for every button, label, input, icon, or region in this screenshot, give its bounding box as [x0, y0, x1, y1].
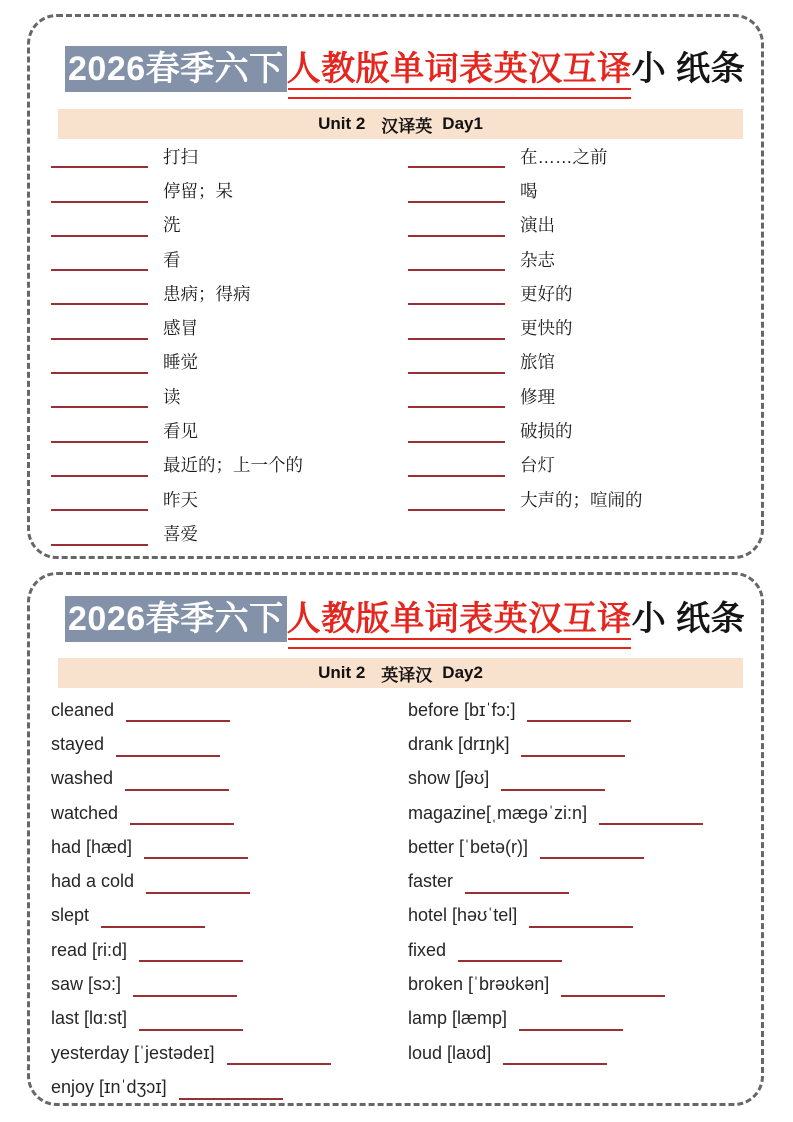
english-term: lamp [læmp]	[408, 1008, 507, 1029]
vocab-column-left: cleanedstayedwashedwatchedhad [hæd]had a…	[51, 693, 408, 1105]
english-term: loud [laʊd]	[408, 1043, 491, 1064]
english-term: slept	[51, 905, 89, 926]
answer-blank-line	[408, 303, 505, 305]
answer-blank-line	[408, 235, 505, 237]
vocab-row: saw [sɔ:]	[51, 967, 408, 1001]
vocab-row: cleaned	[51, 693, 408, 727]
vocab-row: 读	[51, 379, 408, 413]
english-term: hotel [həʊˈtel]	[408, 905, 517, 926]
answer-blank-line	[458, 960, 562, 962]
translation-mode-label: 汉译英	[381, 112, 432, 137]
vocab-list-day2: cleanedstayedwashedwatchedhad [hæd]had a…	[51, 693, 749, 1105]
vocab-row: had [hæd]	[51, 830, 408, 864]
vocab-row: 看	[51, 242, 408, 276]
english-term: stayed	[51, 734, 104, 755]
answer-blank-line	[125, 789, 229, 791]
vocab-row: fixed	[408, 933, 749, 967]
unit-label: Unit 2	[318, 114, 365, 134]
answer-blank-line	[408, 372, 505, 374]
english-term: last [lɑ:st]	[51, 1008, 127, 1029]
chinese-term: 台灯	[520, 452, 555, 477]
answer-blank-line	[521, 755, 625, 757]
chinese-term: 睡觉	[163, 349, 198, 374]
english-term: before [bɪˈfɔ:]	[408, 700, 515, 721]
worksheet-title: 2026春季六下人教版单词表英汉互译小 纸条	[65, 596, 751, 642]
answer-blank-line	[540, 857, 644, 859]
vocab-row: 停留；呆	[51, 173, 408, 207]
vocab-row: 患病；得病	[51, 276, 408, 310]
title-suffix: 小 纸条	[632, 50, 745, 88]
english-term: better [ˈbetə(r)]	[408, 837, 528, 858]
answer-blank-line	[519, 1029, 623, 1031]
day-label: Day2	[442, 663, 483, 683]
answer-blank-line	[51, 544, 148, 546]
answer-blank-line	[465, 892, 569, 894]
chinese-term: 感冒	[163, 315, 198, 340]
vocab-row: 在……之前	[408, 139, 749, 173]
chinese-term: 患病；得病	[163, 281, 251, 306]
chinese-term: 停留；呆	[163, 178, 233, 203]
english-term: had [hæd]	[51, 837, 132, 858]
vocab-column-right: 在……之前喝演出杂志更好的更快的旅馆修理破损的台灯大声的；喧闹的	[408, 139, 749, 551]
answer-blank-line	[51, 406, 148, 408]
answer-blank-line	[146, 892, 250, 894]
answer-blank-line	[51, 441, 148, 443]
chinese-term: 最近的；上一个的	[163, 452, 303, 477]
vocab-row: loud [laʊd]	[408, 1036, 749, 1070]
translation-mode-label: 英译汉	[381, 661, 432, 686]
answer-blank-line	[51, 475, 148, 477]
answer-blank-line	[527, 720, 631, 722]
answer-blank-line	[126, 720, 230, 722]
answer-blank-line	[408, 509, 505, 511]
english-term: yesterday [ˈjestədeɪ]	[51, 1043, 215, 1064]
chinese-term: 杂志	[520, 247, 555, 272]
english-term: cleaned	[51, 700, 114, 721]
answer-blank-line	[408, 406, 505, 408]
answer-blank-line	[139, 960, 243, 962]
chinese-term: 喜爱	[163, 521, 198, 546]
vocab-row: 洗	[51, 208, 408, 242]
unit-label: Unit 2	[318, 663, 365, 683]
chinese-term: 演出	[520, 212, 555, 237]
chinese-term: 修理	[520, 384, 555, 409]
english-term: washed	[51, 768, 113, 789]
chinese-term: 读	[163, 384, 181, 409]
vocab-row: 看见	[51, 413, 408, 447]
english-term: had a cold	[51, 871, 134, 892]
chinese-term: 喝	[520, 178, 538, 203]
vocab-row: 修理	[408, 379, 749, 413]
unit-bar-day2: Unit 2 英译汉 Day2	[58, 658, 743, 688]
english-term: enjoy [ɪnˈdʒɔɪ]	[51, 1077, 167, 1098]
answer-blank-line	[139, 1029, 243, 1031]
title-prefix: 2026春季六下	[65, 596, 287, 642]
vocab-row: enjoy [ɪnˈdʒɔɪ]	[51, 1070, 408, 1104]
answer-blank-line	[408, 269, 505, 271]
card-day2: 2026春季六下人教版单词表英汉互译小 纸条 Unit 2 英译汉 Day2 c…	[27, 572, 764, 1106]
answer-blank-line	[503, 1063, 607, 1065]
vocab-row: 打扫	[51, 139, 408, 173]
vocab-row: 破损的	[408, 413, 749, 447]
vocab-row: 喜爱	[51, 516, 408, 550]
english-term: faster	[408, 871, 453, 892]
day-label: Day1	[442, 114, 483, 134]
answer-blank-line	[116, 755, 220, 757]
answer-blank-line	[51, 235, 148, 237]
vocab-row: had a cold	[51, 864, 408, 898]
worksheet-title: 2026春季六下人教版单词表英汉互译小 纸条	[65, 46, 751, 92]
english-term: fixed	[408, 940, 446, 961]
answer-blank-line	[144, 857, 248, 859]
chinese-term: 在……之前	[520, 144, 608, 169]
answer-blank-line	[51, 269, 148, 271]
vocab-row: 大声的；喧闹的	[408, 482, 749, 516]
chinese-term: 看	[163, 247, 181, 272]
answer-blank-line	[51, 303, 148, 305]
vocab-row: lamp [læmp]	[408, 1002, 749, 1036]
vocab-row: 昨天	[51, 482, 408, 516]
vocab-row: yesterday [ˈjestədeɪ]	[51, 1036, 408, 1070]
answer-blank-line	[561, 995, 665, 997]
vocab-row: 喝	[408, 173, 749, 207]
answer-blank-line	[227, 1063, 331, 1065]
vocab-column-right: before [bɪˈfɔ:]drank [drɪŋk]show [ʃəʊ]ma…	[408, 693, 749, 1105]
title-suffix: 小 纸条	[632, 600, 745, 638]
answer-blank-line	[51, 166, 148, 168]
vocab-row: 杂志	[408, 242, 749, 276]
vocab-row: slept	[51, 899, 408, 933]
english-term: show [ʃəʊ]	[408, 768, 489, 789]
chinese-term: 打扫	[163, 144, 198, 169]
vocab-row: before [bɪˈfɔ:]	[408, 693, 749, 727]
chinese-term: 洗	[163, 212, 181, 237]
english-term: watched	[51, 803, 118, 824]
vocab-row: show [ʃəʊ]	[408, 762, 749, 796]
answer-blank-line	[501, 789, 605, 791]
vocab-row: 更好的	[408, 276, 749, 310]
answer-blank-line	[408, 201, 505, 203]
chinese-term: 更好的	[520, 281, 573, 306]
chinese-term: 旅馆	[520, 349, 555, 374]
vocab-row: read [ri:d]	[51, 933, 408, 967]
vocab-row: 旅馆	[408, 345, 749, 379]
english-term: magazine[ˌmægəˈzi:n]	[408, 803, 587, 824]
vocab-row: watched	[51, 796, 408, 830]
vocab-row: 最近的；上一个的	[51, 448, 408, 482]
card-day1: 2026春季六下人教版单词表英汉互译小 纸条 Unit 2 汉译英 Day1 打…	[27, 14, 764, 559]
english-term: broken [ˈbrəʊkən]	[408, 974, 549, 995]
vocab-row: 睡觉	[51, 345, 408, 379]
answer-blank-line	[101, 926, 205, 928]
vocab-row: hotel [həʊˈtel]	[408, 899, 749, 933]
vocab-row: last [lɑ:st]	[51, 1002, 408, 1036]
english-term: saw [sɔ:]	[51, 974, 121, 995]
answer-blank-line	[408, 338, 505, 340]
vocab-row: broken [ˈbrəʊkən]	[408, 967, 749, 1001]
title-middle: 人教版单词表英汉互译	[287, 46, 632, 92]
vocab-row: magazine[ˌmægəˈzi:n]	[408, 796, 749, 830]
vocab-row: faster	[408, 864, 749, 898]
answer-blank-line	[529, 926, 633, 928]
title-middle: 人教版单词表英汉互译	[287, 596, 632, 642]
chinese-term: 昨天	[163, 487, 198, 512]
answer-blank-line	[51, 509, 148, 511]
english-term: drank [drɪŋk]	[408, 734, 509, 755]
vocab-row: stayed	[51, 727, 408, 761]
chinese-term: 破损的	[520, 418, 573, 443]
answer-blank-line	[408, 441, 505, 443]
answer-blank-line	[51, 338, 148, 340]
answer-blank-line	[179, 1098, 283, 1100]
english-term: read [ri:d]	[51, 940, 127, 961]
vocab-row: 台灯	[408, 448, 749, 482]
vocab-row: 演出	[408, 208, 749, 242]
chinese-term: 更快的	[520, 315, 573, 340]
title-prefix: 2026春季六下	[65, 46, 287, 92]
answer-blank-line	[133, 995, 237, 997]
answer-blank-line	[51, 372, 148, 374]
answer-blank-line	[599, 823, 703, 825]
chinese-term: 大声的；喧闹的	[520, 487, 643, 512]
vocab-row: 更快的	[408, 310, 749, 344]
vocab-list-day1: 打扫停留；呆洗看患病；得病感冒睡觉读看见最近的；上一个的昨天喜爱 在……之前喝演…	[51, 139, 749, 551]
vocab-row: 感冒	[51, 310, 408, 344]
chinese-term: 看见	[163, 418, 198, 443]
answer-blank-line	[51, 201, 148, 203]
answer-blank-line	[130, 823, 234, 825]
vocab-row: washed	[51, 762, 408, 796]
vocab-row: better [ˈbetə(r)]	[408, 830, 749, 864]
answer-blank-line	[408, 166, 505, 168]
vocab-row: drank [drɪŋk]	[408, 727, 749, 761]
vocab-column-left: 打扫停留；呆洗看患病；得病感冒睡觉读看见最近的；上一个的昨天喜爱	[51, 139, 408, 551]
unit-bar-day1: Unit 2 汉译英 Day1	[58, 109, 743, 139]
answer-blank-line	[408, 475, 505, 477]
